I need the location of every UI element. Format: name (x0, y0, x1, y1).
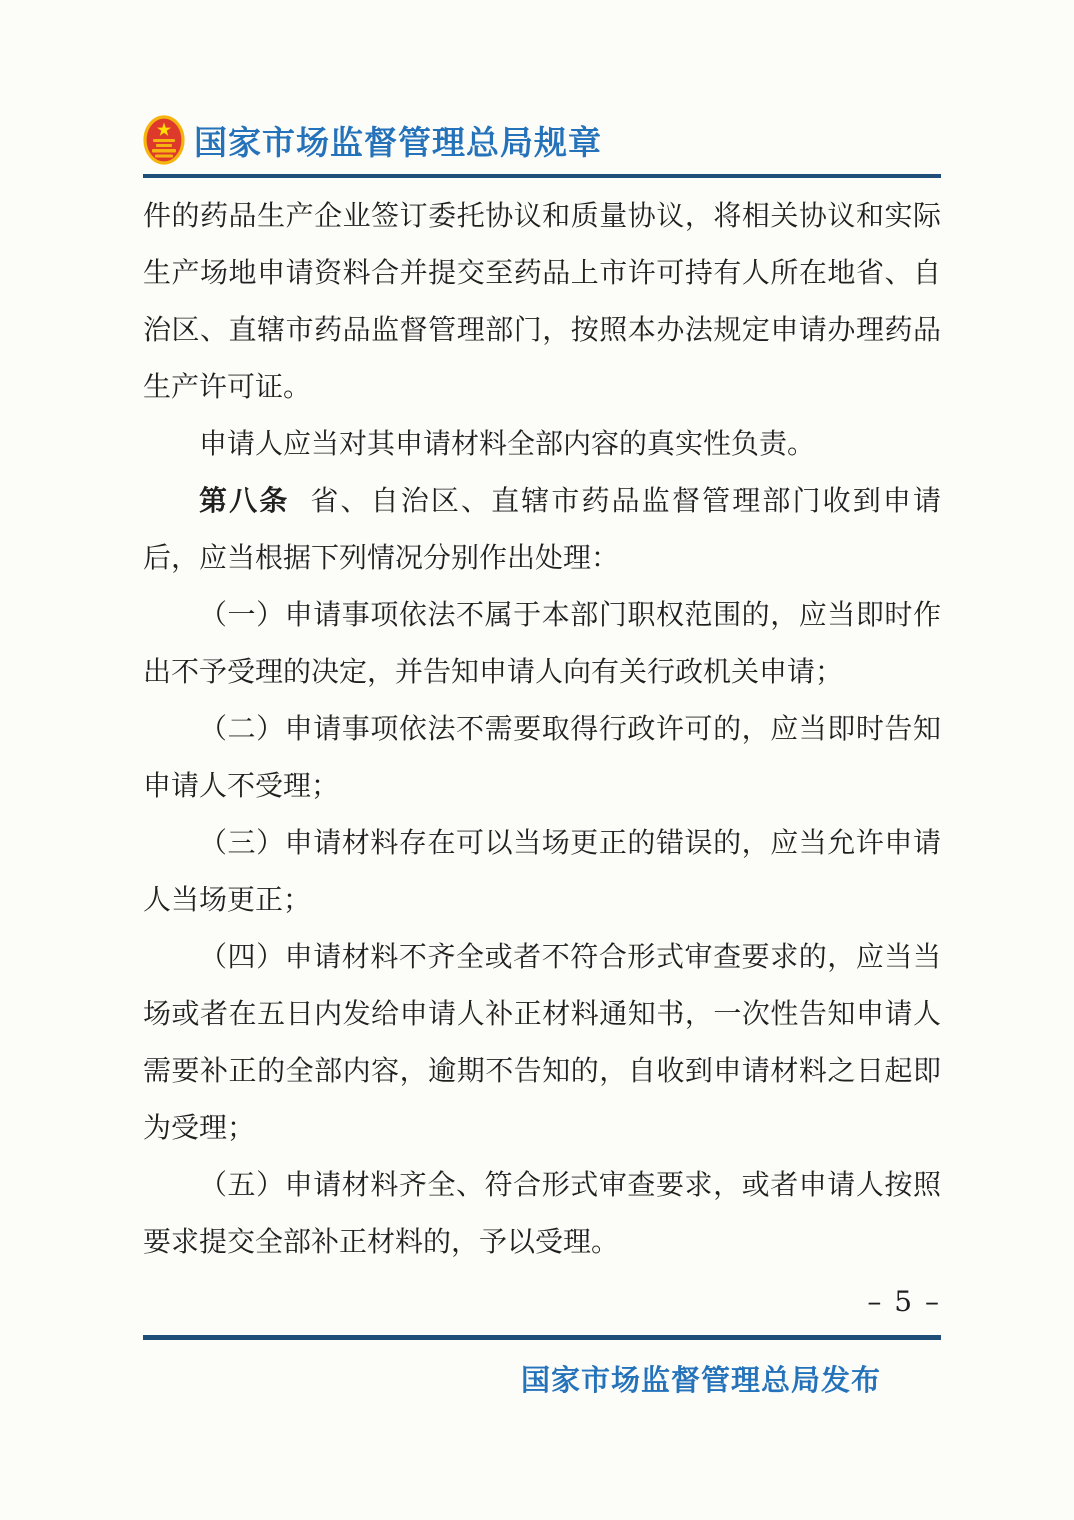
paragraph-text: 申请人应当对其申请材料全部内容的真实性负责。 (199, 427, 815, 460)
header-title: 国家市场监督管理总局规章 (194, 117, 602, 164)
article-number-label: 第八条 (199, 484, 289, 517)
page-header: 国家市场监督管理总局规章 (143, 112, 941, 168)
paragraph-text: （三）申请材料存在可以当场更正的错误的，应当允许申请人当场更正； (143, 826, 941, 916)
national-emblem-icon (143, 115, 185, 165)
paragraph-text: （四）申请材料不齐全或者不符合形式审查要求的，应当当场或者在五日内发给申请人补正… (143, 940, 941, 1144)
body-paragraph-item-2: （二）申请事项依法不需要取得行政许可的，应当即时告知申请人不受理； (143, 700, 941, 814)
publisher-label: 国家市场监督管理总局发布 (143, 1358, 881, 1402)
header-rule (143, 174, 941, 178)
body-paragraph-article-8: 第八条省、自治区、直辖市药品监督管理部门收到申请后，应当根据下列情况分别作出处理… (143, 472, 941, 586)
body-paragraph-item-5: （五）申请材料齐全、符合形式审查要求，或者申请人按照要求提交全部补正材料的，予以… (143, 1156, 941, 1270)
paragraph-text: 件的药品生产企业签订委托协议和质量协议，将相关协议和实际生产场地申请资料合并提交… (143, 199, 941, 403)
document-page: 国家市场监督管理总局规章 件的药品生产企业签订委托协议和质量协议，将相关协议和实… (0, 0, 1074, 1520)
paragraph-text: （一）申请事项依法不属于本部门职权范围的，应当即时作出不予受理的决定，并告知申请… (143, 598, 941, 688)
page-number: – 5 – (867, 1282, 941, 1322)
body-paragraph-item-3: （三）申请材料存在可以当场更正的错误的，应当允许申请人当场更正； (143, 814, 941, 928)
footer-rule (143, 1335, 941, 1340)
paragraph-text: （五）申请材料齐全、符合形式审查要求，或者申请人按照要求提交全部补正材料的，予以… (143, 1168, 941, 1258)
body-paragraph-item-1: （一）申请事项依法不属于本部门职权范围的，应当即时作出不予受理的决定，并告知申请… (143, 586, 941, 700)
paragraph-text: （二）申请事项依法不需要取得行政许可的，应当即时告知申请人不受理； (143, 712, 941, 802)
body-paragraph: 件的药品生产企业签订委托协议和质量协议，将相关协议和实际生产场地申请资料合并提交… (143, 187, 941, 415)
body-paragraph: 申请人应当对其申请材料全部内容的真实性负责。 (143, 415, 941, 472)
document-body: 件的药品生产企业签订委托协议和质量协议，将相关协议和实际生产场地申请资料合并提交… (143, 187, 941, 1270)
body-paragraph-item-4: （四）申请材料不齐全或者不符合形式审查要求的，应当当场或者在五日内发给申请人补正… (143, 928, 941, 1156)
